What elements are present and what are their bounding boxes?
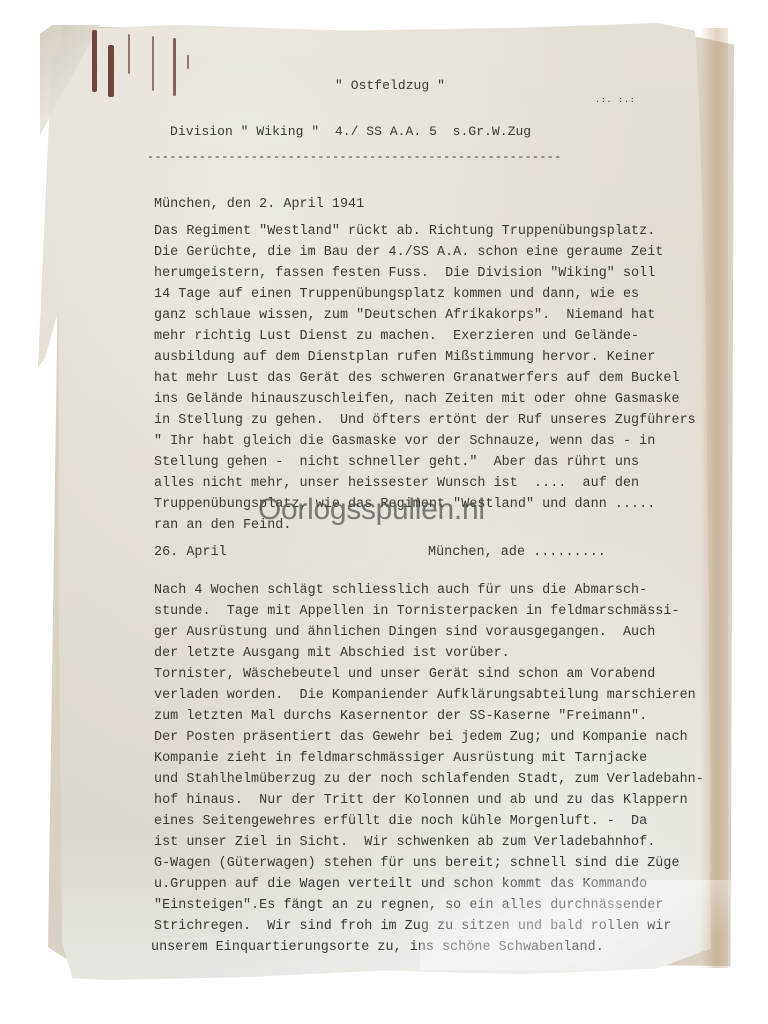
text-line: stunde. Tage mit Appellen in Tornisterpa…	[154, 604, 680, 619]
text-line: Stellung gehen - nicht schneller geht." …	[154, 455, 639, 470]
text-line: mehr richtig Lust Dienst zu machen. Exer…	[154, 329, 639, 344]
rust-mark	[187, 55, 189, 69]
section2-place: München, ade .........	[428, 545, 606, 560]
stray-marks: .:. :.:	[595, 95, 636, 104]
text-line: "Einsteigen".Es fängt an zu regnen, so e…	[154, 898, 663, 913]
text-line: u.Gruppen auf die Wagen verteilt und sch…	[154, 877, 647, 892]
text-line: verladen worden. Die Kompaniender Aufklä…	[154, 688, 696, 703]
text-line: herumgeistern, fassen festen Fuss. Die D…	[154, 266, 655, 281]
divider-line: ----------------------------------------…	[147, 150, 561, 164]
text-line: unserem Einquartierungsorte zu, ins schö…	[151, 940, 604, 955]
document-photo: .:. :.: " Ostfeldzug " Division " Wiking…	[0, 0, 768, 1024]
text-line: Strichregen. Wir sind froh im Zug zu sit…	[154, 919, 671, 934]
text-line: G-Wagen (Güterwagen) stehen für uns bere…	[154, 856, 680, 871]
text-line: Das Regiment "Westland" rückt ab. Richtu…	[154, 224, 655, 239]
text-line: der letzte Ausgang mit Abschied ist vorü…	[154, 646, 510, 661]
rust-mark	[128, 34, 130, 74]
text-line: hof hinaus. Nur der Tritt der Kolonnen u…	[154, 793, 688, 808]
text-line: 14 Tage auf einen Truppenübungsplatz kom…	[154, 287, 639, 302]
text-line: Die Gerüchte, die im Bau der 4./SS A.A. …	[154, 245, 663, 260]
watermark: Oorlogsspullen.nl	[258, 493, 485, 527]
document-title: " Ostfeldzug "	[0, 78, 768, 93]
text-line: in Stellung zu gehen. Und öfters ertönt …	[154, 413, 696, 428]
text-line: ins Gelände hinauszuschleifen, nach Zeit…	[154, 392, 680, 407]
text-line: ger Ausrüstung und ähnlichen Dingen sind…	[154, 625, 655, 640]
text-line: Nach 4 Wochen schlägt schliesslich auch …	[154, 583, 647, 598]
text-line: und Stahlhelmüberzug zu der noch schlafe…	[154, 772, 704, 787]
text-line: ist unser Ziel in Sicht. Wir schwenken a…	[154, 835, 655, 850]
text-line: eines Seitengewehres erfüllt die noch kü…	[154, 814, 647, 829]
section2-date: 26. April	[154, 545, 227, 560]
text-line: zum letzten Mal durchs Kasernentor der S…	[154, 709, 647, 724]
text-line: alles nicht mehr, unser heissester Wunsc…	[154, 476, 639, 491]
document-subtitle: Division " Wiking " 4./ SS A.A. 5 s.Gr.W…	[170, 124, 531, 139]
text-line: hat mehr Lust das Gerät des schweren Gra…	[154, 371, 680, 386]
text-line: Kompanie zieht in feldmarschmässiger Aus…	[154, 751, 647, 766]
text-line: " Ihr habt gleich die Gasmaske vor der S…	[154, 434, 655, 449]
section1-date: München, den 2. April 1941	[154, 197, 364, 212]
text-line: Tornister, Wäschebeutel und unser Gerät …	[154, 667, 655, 682]
text-line: Der Posten präsentiert das Gewehr bei je…	[154, 730, 688, 745]
text-line: ausbildung auf dem Dienstplan rufen Mißs…	[154, 350, 655, 365]
text-line: ganz schlaue wissen, zum "Deutschen Afri…	[154, 308, 655, 323]
